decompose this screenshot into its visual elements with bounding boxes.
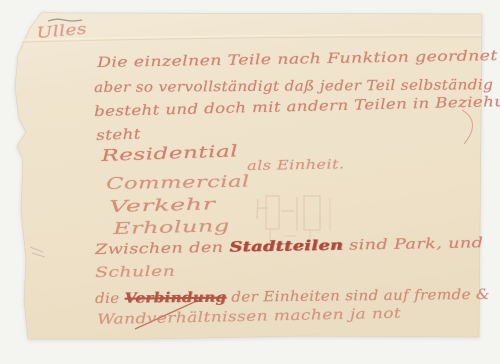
scanned-handwritten-note: Ulles Die einzelnen Teile nach Funktion … — [0, 0, 500, 364]
list-item-commercial: Commercial — [106, 173, 250, 192]
line5-text: Zwischen den — [95, 240, 230, 258]
line7-text: die — [95, 291, 125, 307]
list-item-verkehr: Verkehr — [109, 196, 216, 215]
list-item-erholung: Erholung — [113, 218, 230, 237]
handwriting-line-7: die Verbindung der Einheiten sind auf fr… — [95, 288, 490, 306]
handwriting-line-2: aber so vervollständigt daß jeder Teil s… — [94, 78, 493, 95]
handwriting-line-6: Schulen — [95, 265, 175, 280]
line7-struck-word: Verbindung — [125, 290, 227, 307]
list-item-residential: Residential — [101, 143, 238, 164]
corner-annotation: Ulles — [36, 22, 88, 41]
line5-text-tail: sind Park, und — [343, 235, 483, 253]
side-note: als Einheit. — [247, 158, 345, 173]
line7-text-tail: der Einheiten sind auf fremde & — [226, 287, 490, 306]
line5-overwritten-word: Stadtteilen — [229, 238, 343, 256]
handwriting-line-4: steht — [96, 127, 141, 143]
